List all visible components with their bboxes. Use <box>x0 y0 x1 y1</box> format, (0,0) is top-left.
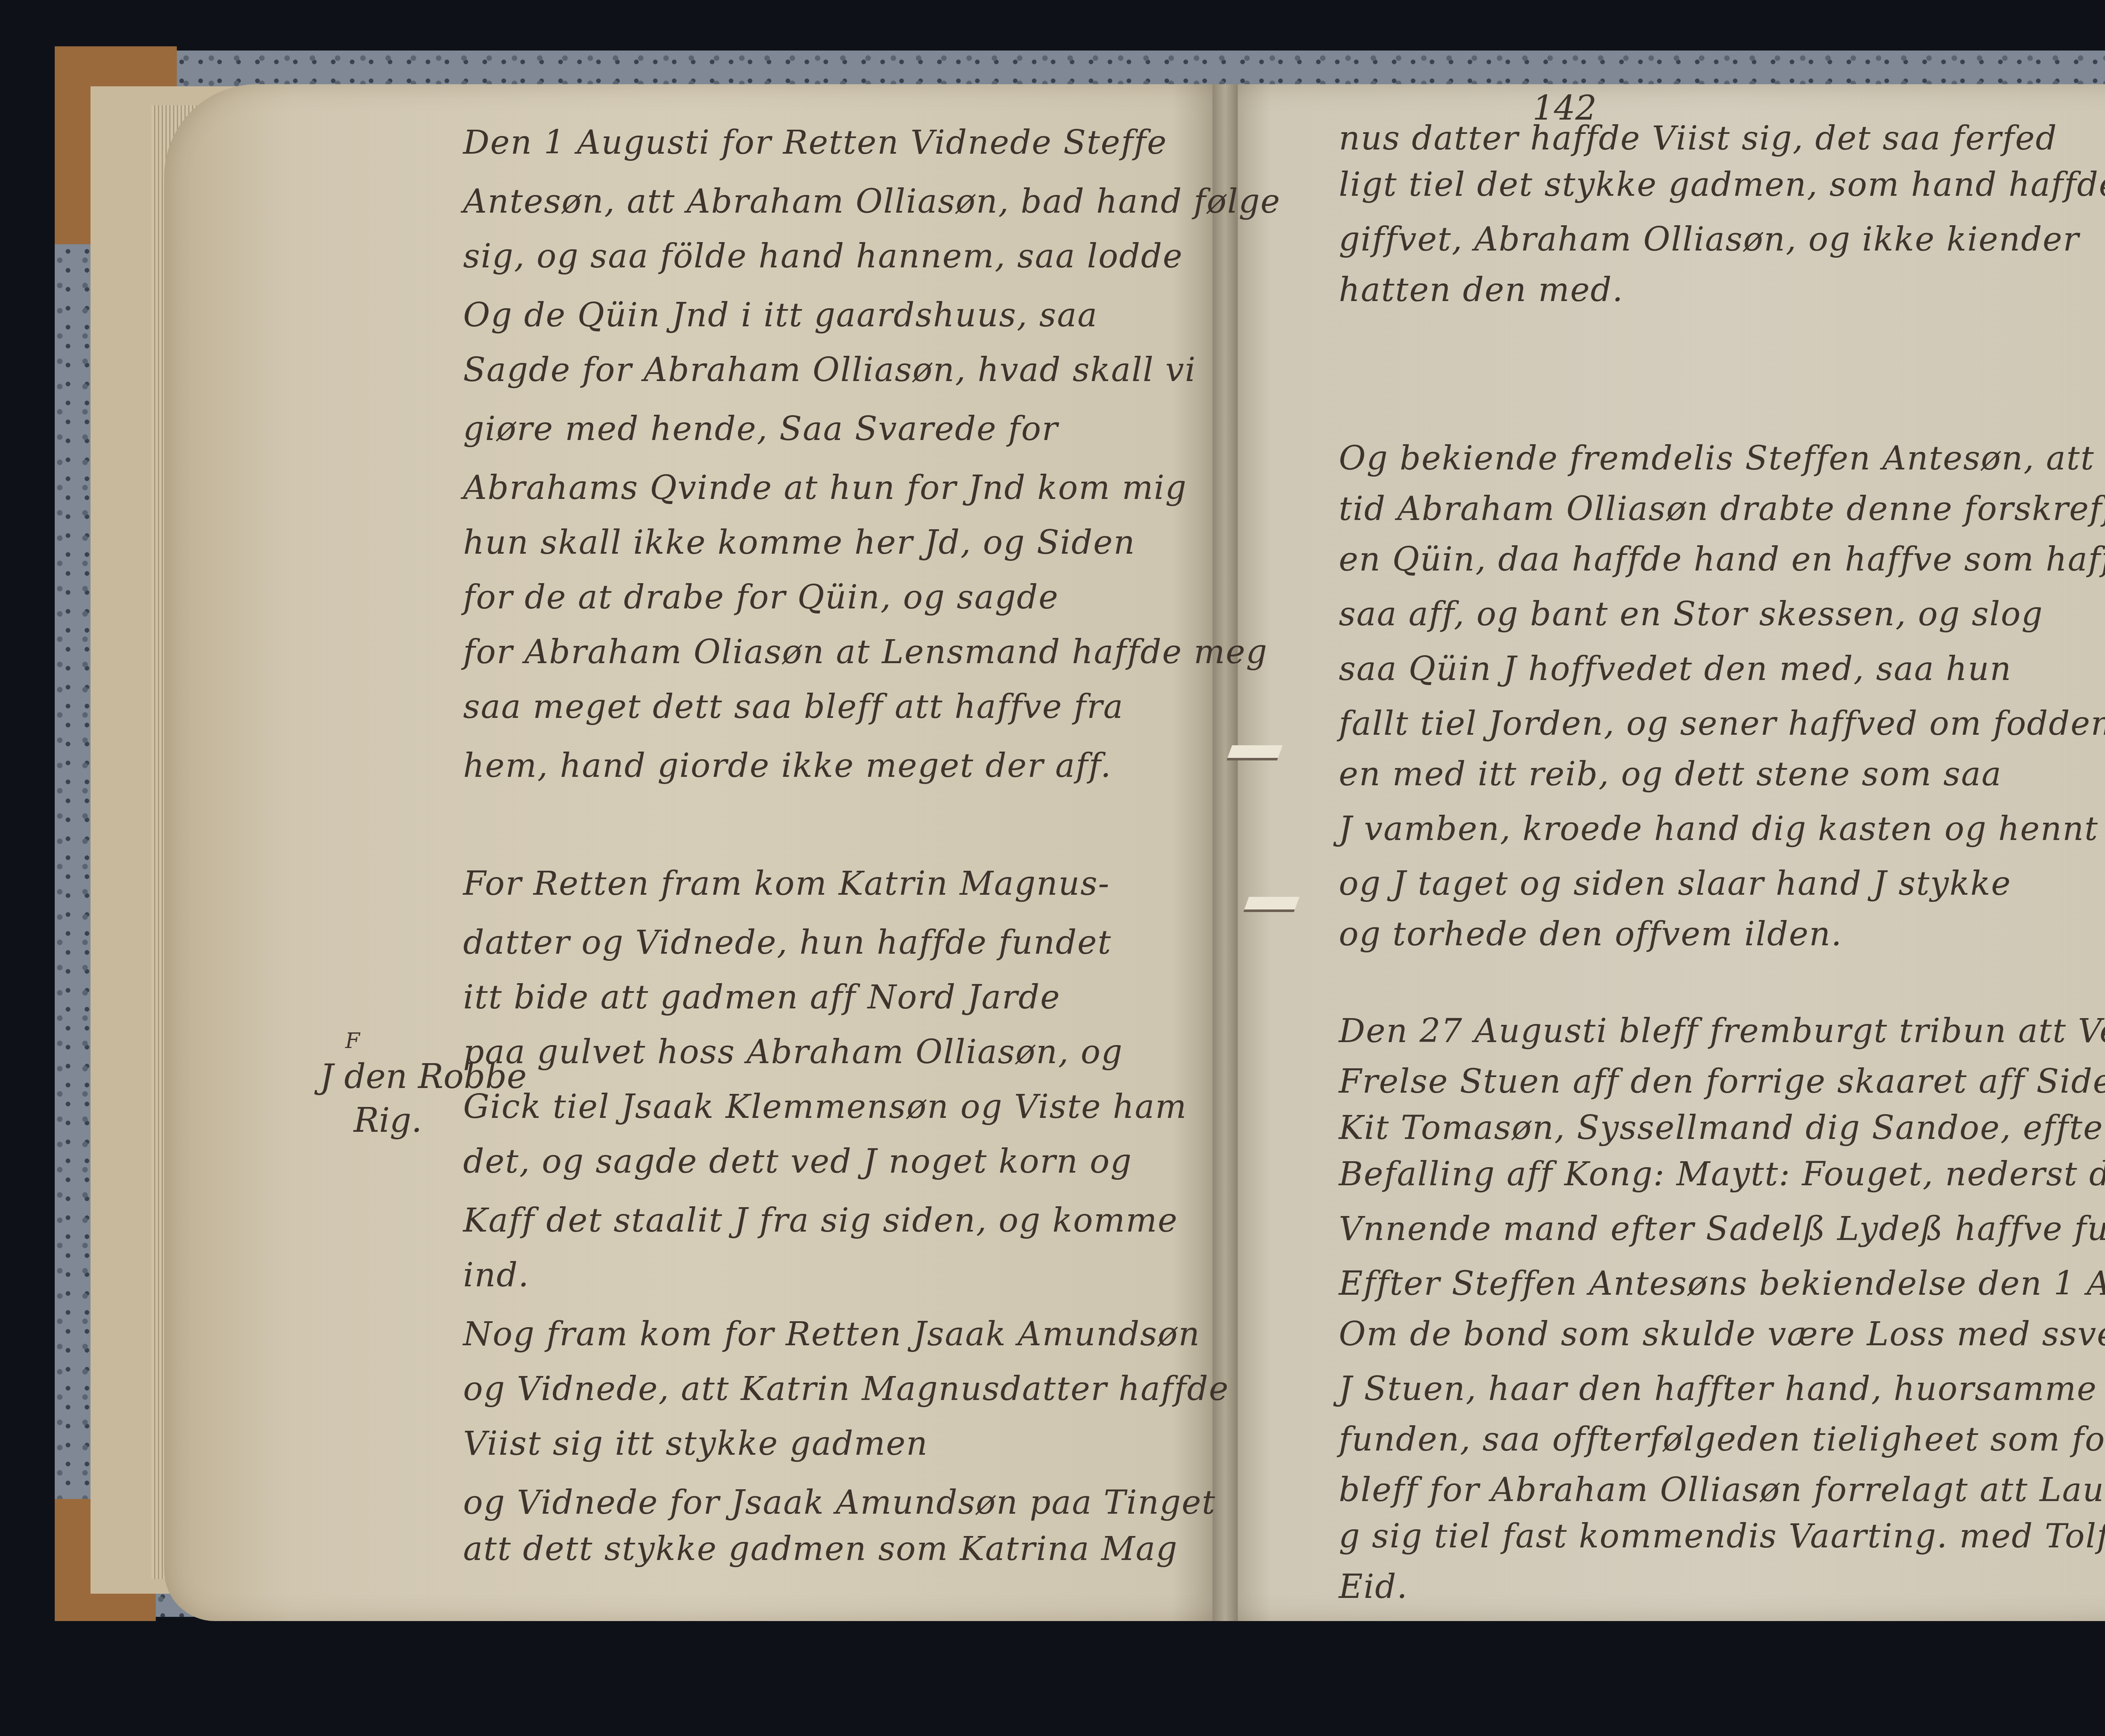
handwritten-line: giøre med hende, Saa Svarede for <box>463 413 1058 445</box>
handwritten-line: Vnnende mand efter Sadelß Lydeß haffve f… <box>1339 1213 2105 1245</box>
handwritten-line: tid Abraham Olliasøn drabte denne forskr… <box>1339 493 2105 525</box>
handwritten-line: g sig tiel fast kommendis Vaarting. med … <box>1339 1520 2105 1553</box>
handwritten-line: og Vidnede, att Katrin Magnusdatter haff… <box>463 1373 1229 1405</box>
handwritten-line: saa meget dett saa bleff att haffve fra <box>463 691 1124 723</box>
handwritten-line: en Qüin, daa haffde hand en haffve som h… <box>1339 543 2105 576</box>
handwritten-line: att dett stykke gadmen som Katrina Mag <box>463 1533 1178 1565</box>
handwritten-line: Den 27 Augusti bleff fremburgt tribun at… <box>1339 1015 2105 1048</box>
handwritten-line: for de at drabe for Qüin, og sagde <box>463 581 1059 614</box>
handwritten-line: itt bide att gadmen aff Nord Jarde <box>463 981 1060 1014</box>
handwritten-line: Og bekiende fremdelis Steffen Antesøn, a… <box>1339 442 2105 475</box>
handwritten-line: Effter Steffen Antesøns bekiendelse den … <box>1339 1267 2105 1300</box>
handwritten-line: Kit Tomasøn, Syssellmand dig Sandoe, eff… <box>1339 1112 2105 1144</box>
handwritten-line: Frelse Stuen aff den forrige skaaret aff… <box>1339 1065 2105 1098</box>
handwritten-line: datter og Vidnede, hun haffde fundet <box>463 926 1112 959</box>
handwritten-line: for Abraham Oliasøn at Lensmand haffde m… <box>463 636 1268 669</box>
handwritten-line: Den 1 Augusti for Retten Vidnede Steffe <box>463 126 1167 159</box>
handwritten-line: Antesøn, att Abraham Olliasøn, bad hand … <box>463 185 1281 218</box>
handwritten-line: J Stuen, haar den haffter hand, huorsamm… <box>1339 1373 2105 1405</box>
handwritten-line: giffvet, Abraham Olliasøn, og ikke kiend… <box>1339 223 2080 256</box>
binding-hole <box>1243 897 1299 912</box>
handwritten-line: og J taget og siden slaar hand J stykke <box>1339 867 2012 900</box>
handwritten-line: og torhede den offvem ilden. <box>1339 918 1842 951</box>
handwritten-line: For Retten fram kom Katrin Magnus- <box>463 867 1110 900</box>
handwritten-line: funden, saa offterfølgeden tieligheet so… <box>1339 1423 2105 1456</box>
handwritten-line: en med itt reib, og dett stene som saa <box>1339 758 2002 791</box>
handwritten-line: og Vidnede for Jsaak Amundsøn paa Tinget <box>463 1486 1216 1519</box>
handwritten-line: Kaff det staalit J fra sig siden, og kom… <box>463 1204 1178 1237</box>
handwritten-line: Eid. <box>1339 1571 1408 1603</box>
handwritten-line: Om de bond som skulde være Loss med ssve… <box>1339 1318 2105 1351</box>
handwritten-line: sig, og saa földe hand hannem, saa lodde <box>463 240 1183 273</box>
handwritten-line: Nog fram kom for Retten Jsaak Amundsøn <box>463 1318 1200 1351</box>
handwritten-line: hun skall ikke komme her Jd, og Siden <box>463 526 1135 559</box>
handwritten-line: saa aff, og bant en Stor skessen, og slo… <box>1339 598 2043 631</box>
handwritten-line: Viist sig itt stykke gadmen <box>463 1427 928 1460</box>
binding-hole <box>1226 745 1282 760</box>
handwritten-line: hem, hand giorde ikke meget der aff. <box>463 749 1112 782</box>
handwritten-line: fallt tiel Jorden, og sener haffved om f… <box>1339 707 2105 740</box>
handwritten-line: Befalling aff Kong: Maytt: Fouget, neder… <box>1339 1158 2105 1191</box>
handwritten-line: paa gulvet hoss Abraham Olliasøn, og <box>463 1036 1123 1069</box>
handwritten-line: Og de Qüin Jnd i itt gaardshuus, saa <box>463 299 1098 332</box>
handwritten-line: det, og sagde dett ved J noget korn og <box>463 1145 1132 1178</box>
handwritten-line: hatten den med. <box>1339 274 1624 307</box>
handwritten-line: ligt tiel det stykke gadmen, som hand ha… <box>1339 168 2105 201</box>
handwritten-line: J vamben, kroede hand dig kasten og henn… <box>1339 813 2099 845</box>
handwritten-line: ind. <box>463 1259 530 1292</box>
handwritten-line: saa Qüin J hoffvedet den med, saa hun <box>1339 653 2012 685</box>
handwritten-line: Gick tiel Jsaak Klemmensøn og Viste ham <box>463 1091 1187 1123</box>
handwritten-line: bleff for Abraham Olliasøn forrelagt att… <box>1339 1474 2105 1507</box>
handwritten-line: Abrahams Qvinde at hun for Jnd kom mig <box>463 472 1187 504</box>
handwritten-line: nus datter haffde Viist sig, det saa fer… <box>1339 122 2057 155</box>
handwritten-line: Sagde for Abraham Olliasøn, hvad skall v… <box>463 354 1196 387</box>
